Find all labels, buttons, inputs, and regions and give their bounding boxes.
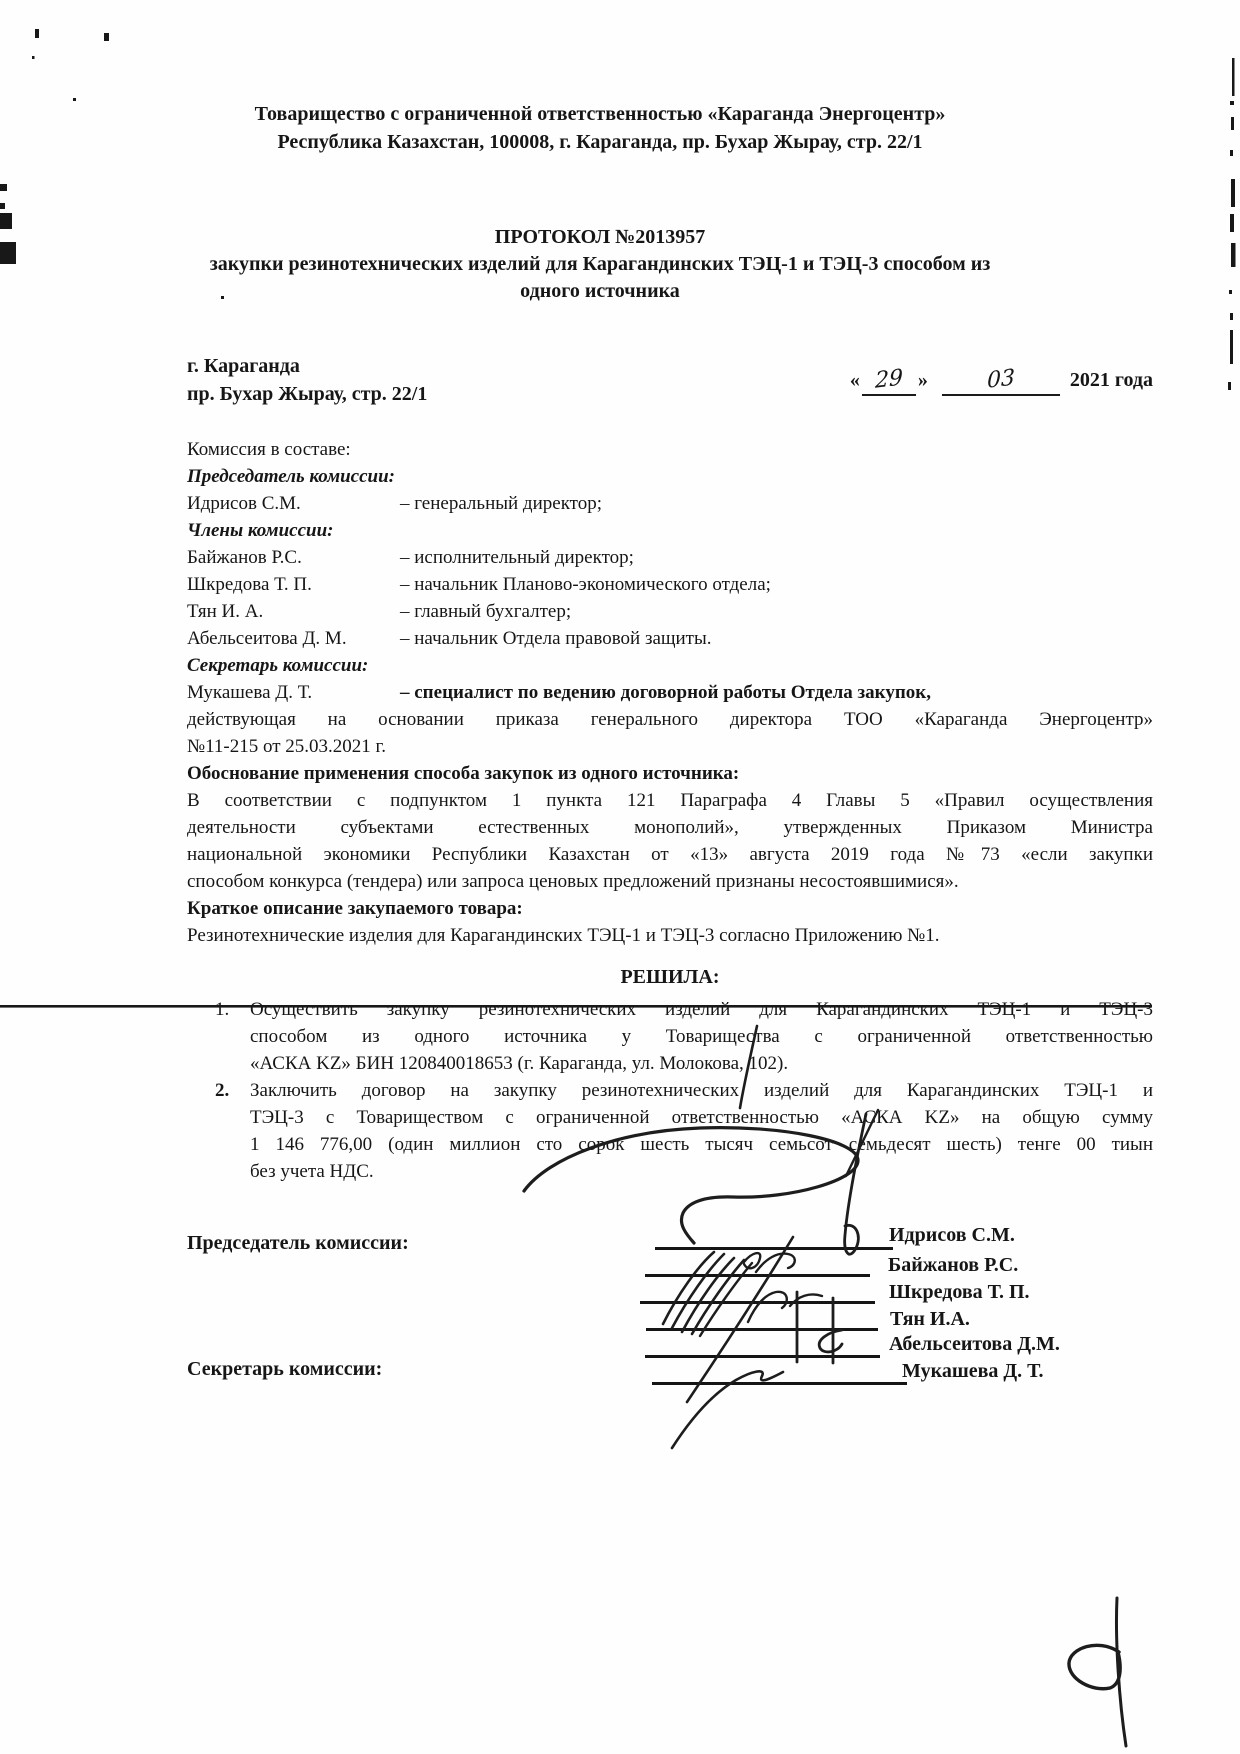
protocol-number: ПРОТОКОЛ №2013957 bbox=[0, 224, 1200, 251]
decision-item-line: ТЭЦ-3 с Товариществом с ограниченной отв… bbox=[250, 1104, 1153, 1131]
place-block: г. Караганда пр. Бухар Жырау, стр. 22/1 bbox=[187, 352, 427, 408]
date-day-handwritten: 29 bbox=[875, 364, 903, 395]
decision-heading: РЕШИЛА: bbox=[187, 964, 1153, 991]
protocol-title-block: ПРОТОКОЛ №2013957 закупки резинотехничес… bbox=[0, 224, 1200, 305]
commission-members-heading: Члены комиссии: bbox=[187, 517, 1153, 544]
signatory-name: Байжанов Р.С. bbox=[888, 1254, 1018, 1276]
scan-artifact bbox=[104, 33, 109, 41]
member-name: Шкредова Т. П. bbox=[187, 571, 400, 598]
member-role: – генеральный директор; bbox=[400, 490, 602, 517]
date-day-blank: 29 bbox=[862, 366, 916, 396]
date-close-quote: » bbox=[918, 369, 928, 391]
scan-artifact bbox=[1231, 243, 1236, 267]
member-name: Тян И. А. bbox=[187, 598, 400, 625]
commission-row: Байжанов Р.С. – исполнительный директор; bbox=[187, 544, 1153, 571]
commission-row: Тян И. А. – главный бухгалтер; bbox=[187, 598, 1153, 625]
member-role: – исполнительный директор; bbox=[400, 544, 634, 571]
decision-item-number: 2. bbox=[215, 1077, 250, 1185]
commission-intro: Комиссия в составе: bbox=[187, 436, 1153, 463]
scan-artifact bbox=[1230, 101, 1234, 105]
date-year: 2021 года bbox=[1070, 369, 1153, 391]
date-open-quote: « bbox=[850, 369, 860, 391]
place-date-row: г. Караганда пр. Бухар Жырау, стр. 22/1 … bbox=[187, 352, 1153, 408]
scan-artifact bbox=[0, 184, 7, 191]
scan-artifact bbox=[1228, 382, 1231, 390]
justification-line: деятельности субъектами естественных мон… bbox=[187, 814, 1153, 841]
chairman-signature-label: Председатель комиссии: bbox=[187, 1230, 409, 1257]
pen-mark bbox=[1069, 1645, 1120, 1688]
signature-scribble bbox=[672, 1254, 724, 1328]
scanned-protocol-document: Товарищество с ограниченной ответственно… bbox=[0, 0, 1240, 1754]
commission-row-secretary: Мукашева Д. Т. – специалист по ведению д… bbox=[187, 679, 1153, 706]
decision-item-text: Осуществить закупку резинотехнических из… bbox=[250, 996, 1153, 1077]
scan-artifact bbox=[1231, 117, 1234, 130]
decision-item-line: «АСКА KZ» БИН 120840018653 (г. Караганда… bbox=[250, 1050, 1153, 1077]
signature-scribble bbox=[663, 1252, 714, 1324]
scan-artifact bbox=[1230, 313, 1233, 320]
date-month-blank: 03 bbox=[942, 366, 1060, 396]
description-heading: Краткое описание закупаемого товара: bbox=[187, 895, 1153, 922]
decision-item: 2. Заключить договор на закупку резиноте… bbox=[187, 1077, 1153, 1185]
decision-item-line: без учета НДС. bbox=[250, 1158, 1153, 1185]
justification-line: способом конкурса (тендера) или запроса … bbox=[187, 868, 1153, 895]
pen-mark bbox=[1116, 1598, 1126, 1746]
signatory-name: Тян И.А. bbox=[890, 1308, 970, 1330]
signature-scribble bbox=[682, 1258, 734, 1332]
signature-line bbox=[655, 1247, 893, 1250]
scan-artifact bbox=[1230, 330, 1233, 364]
secretary-continuation-line: действующая на основании приказа генерал… bbox=[187, 706, 1153, 733]
commission-row-chairman: Идрисов С.М. – генеральный директор; bbox=[187, 490, 1153, 517]
protocol-subject-line1: закупки резинотехнических изделий для Ка… bbox=[0, 251, 1200, 278]
member-name: Абельсеитова Д. М. bbox=[187, 625, 400, 652]
date-month-handwritten: 03 bbox=[987, 364, 1015, 395]
place-street: пр. Бухар Жырау, стр. 22/1 bbox=[187, 380, 427, 408]
member-role: – начальник Отдела правовой защиты. bbox=[400, 625, 712, 652]
signature-line bbox=[645, 1274, 870, 1277]
justification-heading: Обоснование применения способа закупок и… bbox=[187, 760, 1153, 787]
scan-artifact bbox=[1231, 179, 1235, 207]
member-name: Мукашева Д. Т. bbox=[187, 679, 400, 706]
member-role: – главный бухгалтер; bbox=[400, 598, 571, 625]
secretary-continuation-line: №11-215 от 25.03.2021 г. bbox=[187, 733, 1153, 760]
signature-line bbox=[652, 1382, 907, 1385]
signature-line bbox=[645, 1355, 880, 1358]
scan-artifact bbox=[35, 29, 39, 38]
signature-scribble bbox=[692, 1260, 744, 1334]
member-role: – специалист по ведению договорной работ… bbox=[400, 679, 931, 706]
signature-scribble bbox=[744, 1253, 760, 1268]
signature-scribble bbox=[756, 1254, 795, 1272]
member-name: Идрисов С.М. bbox=[187, 490, 400, 517]
secretary-signature-label: Секретарь комиссии: bbox=[187, 1356, 382, 1383]
commission-secretary-heading: Секретарь комиссии: bbox=[187, 652, 1153, 679]
company-header: Товарищество с ограниченной ответственно… bbox=[0, 100, 1200, 156]
protocol-subject-line2: одного источника bbox=[0, 278, 1200, 305]
scan-artifact bbox=[1229, 290, 1232, 294]
decision-item-line: Осуществить закупку резинотехнических из… bbox=[250, 996, 1153, 1023]
decision-item-line: 1 146 776,00 (один миллион сто сорок шес… bbox=[250, 1131, 1153, 1158]
scan-artifact bbox=[1232, 58, 1235, 96]
decision-item-text: Заключить договор на закупку резинотехни… bbox=[250, 1077, 1153, 1185]
scan-artifact bbox=[1230, 214, 1234, 232]
commission-row: Абельсеитова Д. М. – начальник Отдела пр… bbox=[187, 625, 1153, 652]
scan-artifact bbox=[0, 203, 5, 209]
decision-item-line: Заключить договор на закупку резинотехни… bbox=[250, 1077, 1153, 1104]
decision-item-line: способом из одного источника у Товарищес… bbox=[250, 1023, 1153, 1050]
scan-artifact bbox=[1230, 150, 1233, 156]
signatory-name: Абельсеитова Д.М. bbox=[889, 1333, 1060, 1355]
signatory-name: Шкредова Т. П. bbox=[889, 1281, 1030, 1303]
signature-scribble bbox=[748, 1292, 822, 1322]
member-name: Байжанов Р.С. bbox=[187, 544, 400, 571]
signature-scribble bbox=[687, 1237, 793, 1402]
signatory-name: Мукашева Д. Т. bbox=[902, 1360, 1044, 1382]
commission-chairman-heading: Председатель комиссии: bbox=[187, 463, 1153, 490]
company-name: Товарищество с ограниченной ответственно… bbox=[0, 100, 1200, 128]
commission-row: Шкредова Т. П. – начальник Планово-эконо… bbox=[187, 571, 1153, 598]
decision-item: 1. Осуществить закупку резинотехнических… bbox=[187, 996, 1153, 1077]
member-role: – начальник Планово-экономического отдел… bbox=[400, 571, 771, 598]
company-address: Республика Казахстан, 100008, г. Караган… bbox=[0, 128, 1200, 156]
document-body: Комиссия в составе: Председатель комисси… bbox=[187, 436, 1153, 1185]
signature-line bbox=[646, 1328, 878, 1331]
date-line: «29»032021 года bbox=[850, 366, 1153, 396]
signatory-name: Идрисов С.М. bbox=[889, 1224, 1015, 1246]
signature-line bbox=[640, 1301, 875, 1304]
scan-artifact bbox=[32, 56, 35, 59]
place-city: г. Караганда bbox=[187, 352, 427, 380]
justification-line: В соответствии с подпунктом 1 пункта 121… bbox=[187, 787, 1153, 814]
justification-line: национальной экономики Республики Казахс… bbox=[187, 841, 1153, 868]
decision-item-number: 1. bbox=[215, 996, 250, 1077]
description-body: Резинотехнические изделия для Карагандин… bbox=[187, 922, 1153, 949]
